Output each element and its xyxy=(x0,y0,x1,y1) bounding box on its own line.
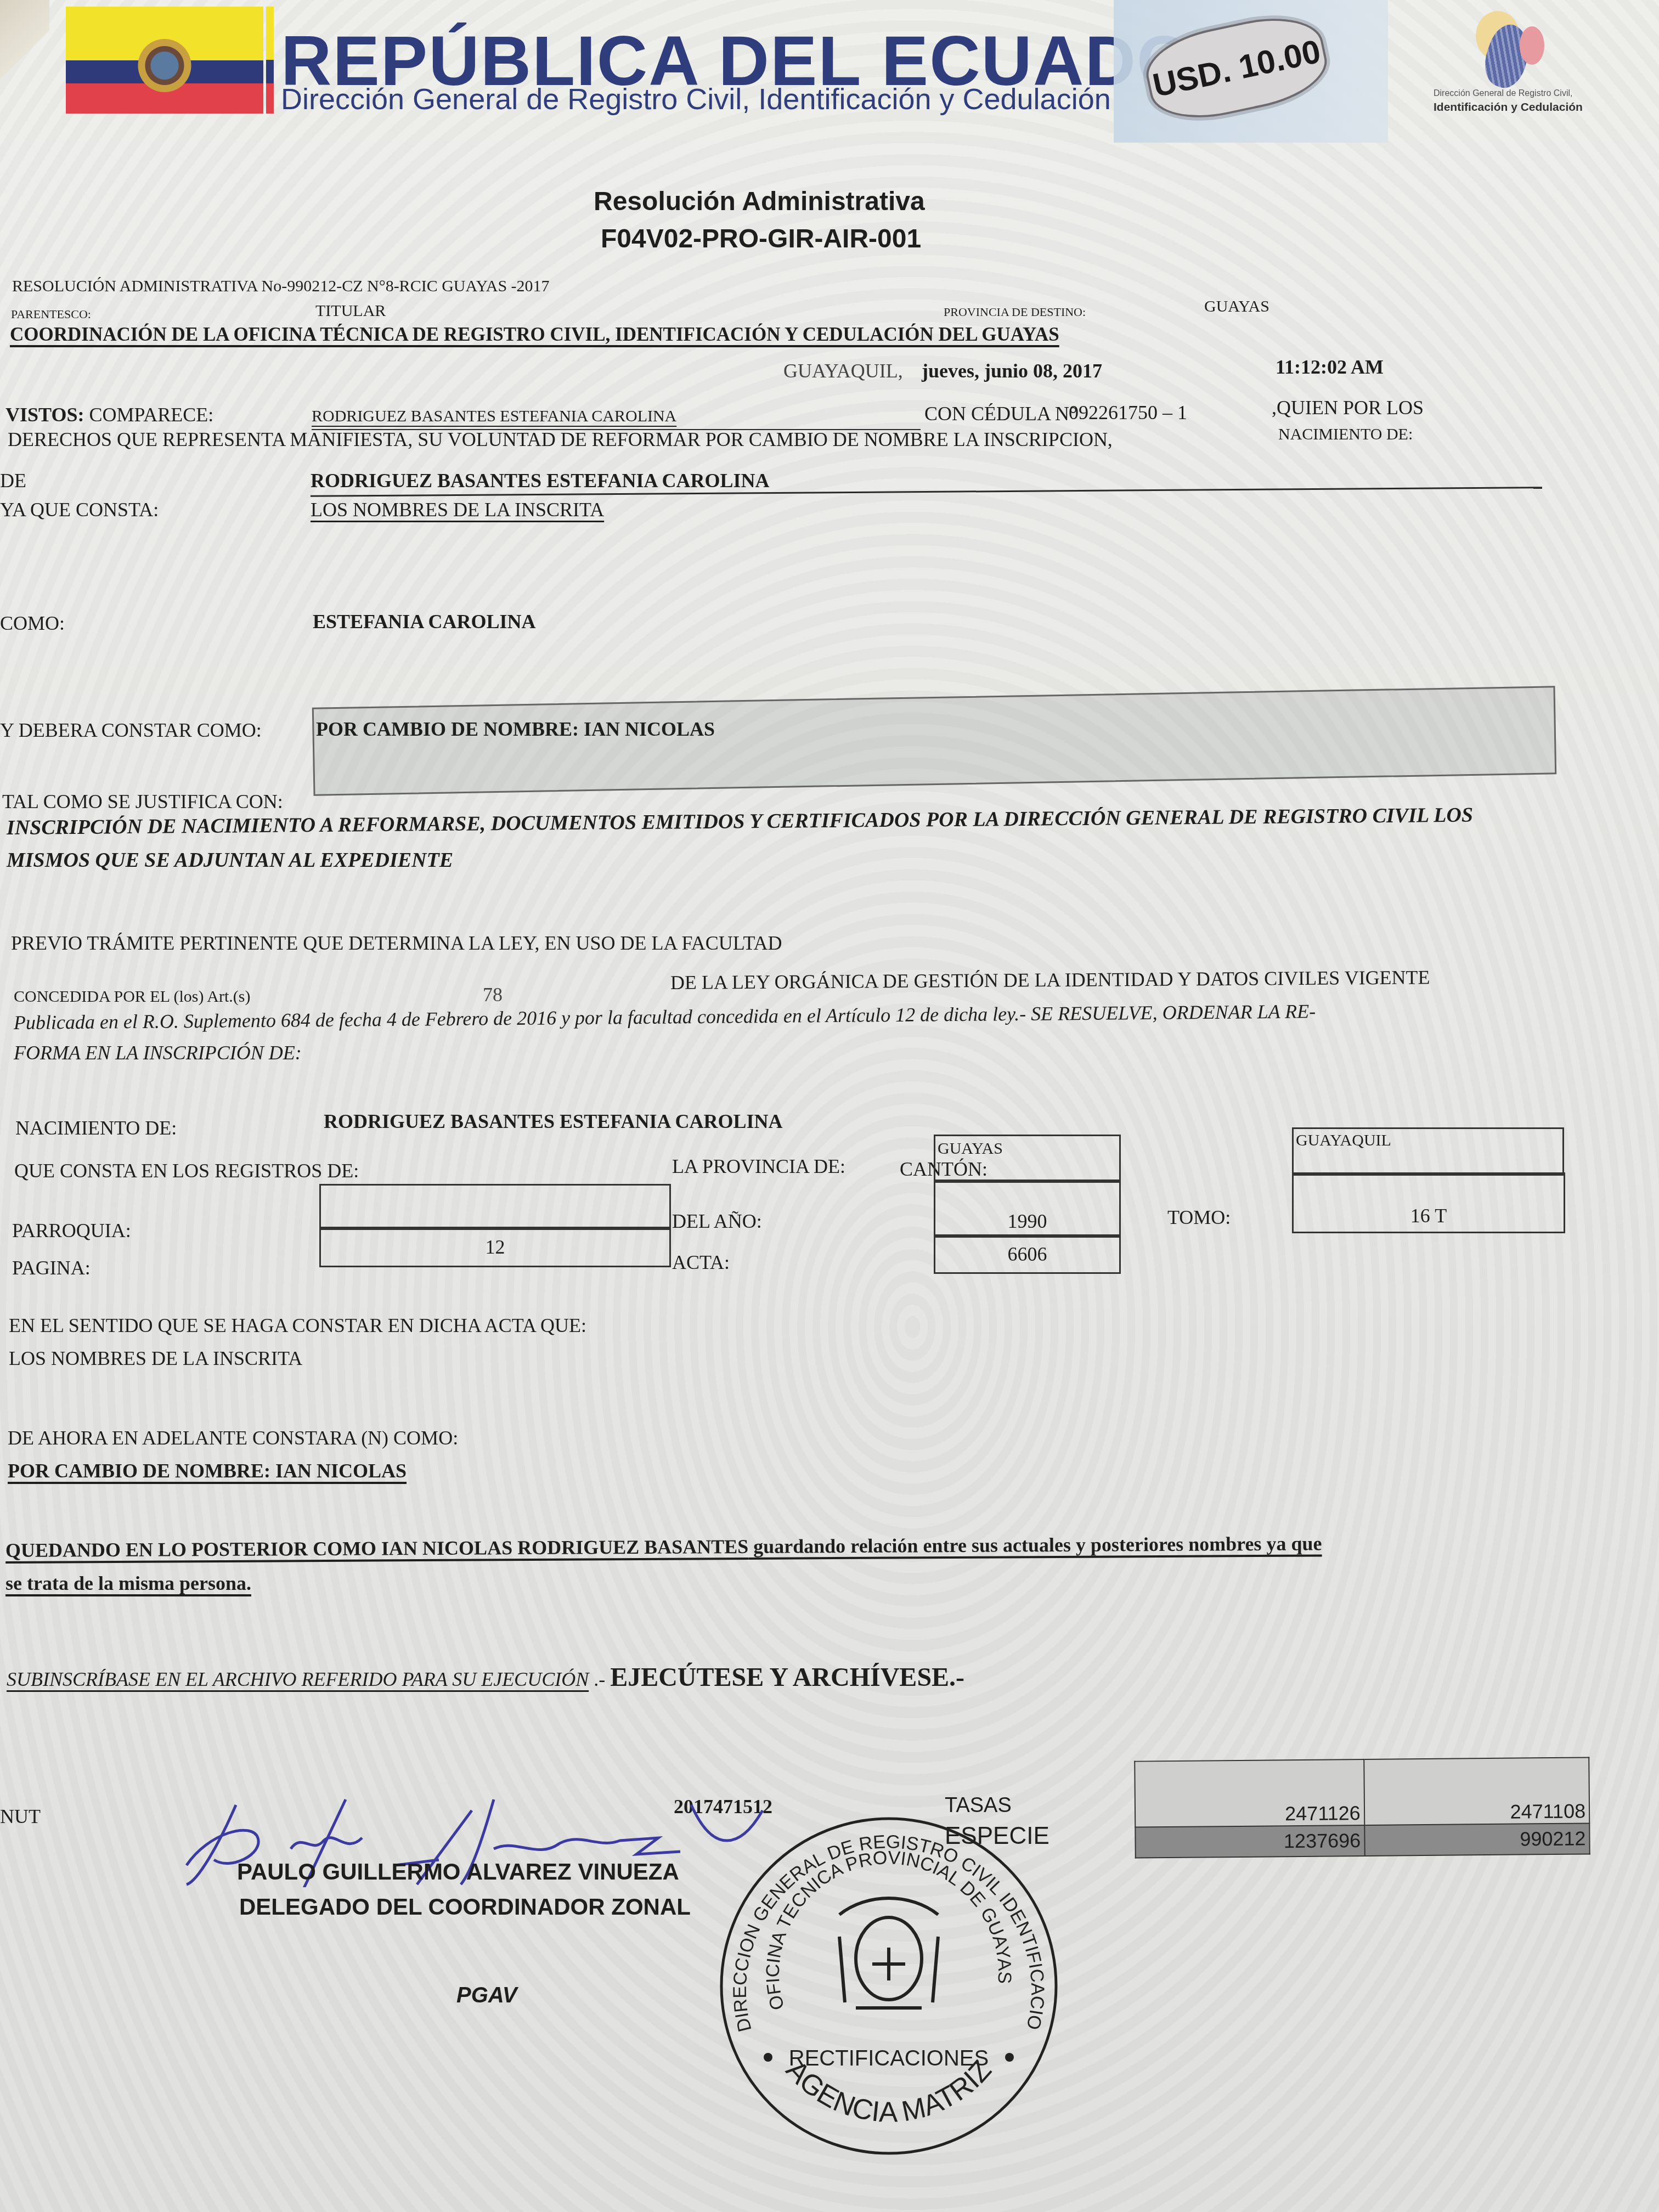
tomo-label: TOMO: xyxy=(1167,1206,1231,1229)
como-value: ESTEFANIA CAROLINA xyxy=(313,610,535,633)
ya-que-consta-label: YA QUE CONSTA: xyxy=(0,498,159,521)
provincia-destino-value: GUAYAS xyxy=(1204,297,1269,316)
quedando-rest: guardando relación entre sus actuales y … xyxy=(748,1532,1322,1557)
cedula-label: CON CÉDULA N° xyxy=(924,402,1077,425)
quedando-bold: QUEDANDO EN LO POSTERIOR COMO IAN NICOLA… xyxy=(5,1536,748,1561)
provincia-value: GUAYAS xyxy=(938,1139,1003,1158)
previo-text: PREVIO TRÁMITE PERTINENTE QUE DETERMINA … xyxy=(11,932,782,955)
ecuador-flag-icon xyxy=(66,7,263,114)
article-number: 78 xyxy=(483,983,503,1006)
adelante-label: DE AHORA EN ADELANTE CONSTARA (N) COMO: xyxy=(8,1426,458,1449)
provincia-destino-label: PROVINCIA DE DESTINO: xyxy=(944,305,1086,319)
svg-text:RECTIFICACIONES: RECTIFICACIONES xyxy=(789,2046,989,2070)
initials: PGAV xyxy=(456,1983,517,2008)
quien-text: ,QUIEN POR LOS xyxy=(1272,396,1424,419)
comparece-name: RODRIGUEZ BASANTES ESTEFANIA CAROLINA xyxy=(312,407,676,426)
resolution-number: RESOLUCIÓN ADMINISTRATIVA No-990212-CZ N… xyxy=(12,277,550,296)
especie-value-1: 1237696 xyxy=(1135,1825,1364,1858)
signer-title: DELEGADO DEL COORDINADOR ZONAL xyxy=(239,1894,691,1920)
acta-field: 6606 xyxy=(934,1234,1121,1274)
como-label: COMO: xyxy=(0,612,65,635)
closing-separator: .- xyxy=(589,1668,610,1690)
flag-edge-stripe xyxy=(266,7,274,114)
official-seal-icon: DIRECCION GENERAL DE REGISTRO CIVIL IDEN… xyxy=(713,1810,1064,2162)
especie-value-2: 990212 xyxy=(1364,1823,1590,1856)
sentido-label: EN EL SENTIDO QUE SE HAGA CONSTAR EN DIC… xyxy=(9,1314,586,1337)
debera-constar-value: POR CAMBIO DE NOMBRE: IAN NICOLAS xyxy=(316,718,715,741)
signer-name: PAULO GUILLERMO ALVAREZ VINUEZA xyxy=(237,1859,679,1885)
nacimiento-label: NACIMIENTO DE: xyxy=(15,1116,177,1139)
subinscribase-text: SUBINSCRÍBASE EN EL ARCHIVO REFERIDO PAR… xyxy=(7,1668,589,1690)
date: jueves, junio 08, 2017 xyxy=(922,359,1102,382)
ejecutese-text: EJECÚTESE Y ARCHÍVESE.- xyxy=(610,1663,964,1692)
price-text: USD. 10.00 xyxy=(1149,32,1324,104)
logo-caption-1: Dirección General de Registro Civil, xyxy=(1434,89,1572,99)
acta-label: ACTA: xyxy=(672,1251,730,1274)
anio-label: DEL AÑO: xyxy=(672,1210,762,1233)
derechos-text: DERECHOS QUE REPRESENTA MANIFIESTA, SU V… xyxy=(8,428,1113,451)
nut-label: NUT xyxy=(0,1805,41,1828)
tasas-value-1: 2471126 xyxy=(1135,1759,1364,1827)
comparece-label: COMPARECE: xyxy=(89,404,213,426)
canton-value: GUAYAQUIL xyxy=(1296,1131,1391,1150)
vistos-label: VISTOS: xyxy=(5,404,84,426)
parentesco-label: PARENTESCO: xyxy=(11,307,91,321)
sentido-value: LOS NOMBRES DE LA INSCRITA xyxy=(9,1347,302,1370)
tomo-field: 16 T xyxy=(1292,1172,1565,1233)
office-name: COORDINACIÓN DE LA OFICINA TÉCNICA DE RE… xyxy=(10,324,1059,346)
quedando-line-2: se trata de la misma persona. xyxy=(5,1572,251,1595)
parroquia-field xyxy=(319,1184,671,1230)
de-value: RODRIGUEZ BASANTES ESTEFANIA CAROLINA xyxy=(311,469,770,492)
acta-value: 6606 xyxy=(1008,1243,1047,1265)
fees-table: 2471126 2471108 1237696 990212 xyxy=(1134,1757,1590,1858)
logo-caption-2: Identificación y Cedulación xyxy=(1434,101,1583,114)
tomo-value: 16 T xyxy=(1294,1204,1564,1227)
canton-field: GUAYAQUIL xyxy=(1292,1127,1564,1176)
tasas-value-2: 2471108 xyxy=(1364,1757,1589,1825)
provincia-field: GUAYAS xyxy=(934,1135,1121,1183)
forma-text: FORMA EN LA INSCRIPCIÓN DE: xyxy=(14,1041,302,1064)
agency-subtitle: Dirección General de Registro Civil, Ide… xyxy=(281,82,1111,116)
paper-corner xyxy=(0,0,49,82)
parentesco-value: TITULAR xyxy=(315,302,386,320)
debera-constar-label: Y DEBERA CONSTAR COMO: xyxy=(0,719,262,742)
document-title: Resolución Administrativa xyxy=(594,187,925,217)
justifica-line-2: MISMOS QUE SE ADJUNTAN AL EXPEDIENTE xyxy=(7,848,453,872)
provincia-label: LA PROVINCIA DE: xyxy=(672,1155,845,1178)
adelante-value: POR CAMBIO DE NOMBRE: IAN NICOLAS xyxy=(8,1459,407,1482)
justifica-label: TAL COMO SE JUSTIFICA CON: xyxy=(2,790,283,813)
nacimiento-value: RODRIGUEZ BASANTES ESTEFANIA CAROLINA xyxy=(324,1110,783,1133)
de-label: DE xyxy=(0,469,26,492)
city: GUAYAQUIL, xyxy=(783,359,903,382)
ya-que-consta-value: LOS NOMBRES DE LA INSCRITA xyxy=(311,498,604,521)
pagina-value: 12 xyxy=(486,1236,505,1258)
pagina-field: 12 xyxy=(319,1227,671,1267)
parroquia-label: PARROQUIA: xyxy=(12,1219,131,1242)
document-code: F04V02-PRO-GIR-AIR-001 xyxy=(601,224,921,254)
fingerprint-logo-icon xyxy=(1476,11,1558,82)
coat-of-arms-icon xyxy=(137,29,192,111)
time: 11:12:02 AM xyxy=(1276,356,1384,379)
cedula-number: 092261750 – 1 xyxy=(1069,401,1187,424)
pagina-label: PAGINA: xyxy=(12,1256,91,1279)
consta-registros-label: QUE CONSTA EN LOS REGISTROS DE: xyxy=(14,1159,359,1182)
anio-field: 1990 xyxy=(934,1180,1121,1238)
nacimiento-de-label: NACIMIENTO DE: xyxy=(1278,425,1413,444)
concedida-label: CONCEDIDA POR EL (los) Art.(s) xyxy=(14,988,250,1006)
anio-value: 1990 xyxy=(935,1210,1119,1233)
